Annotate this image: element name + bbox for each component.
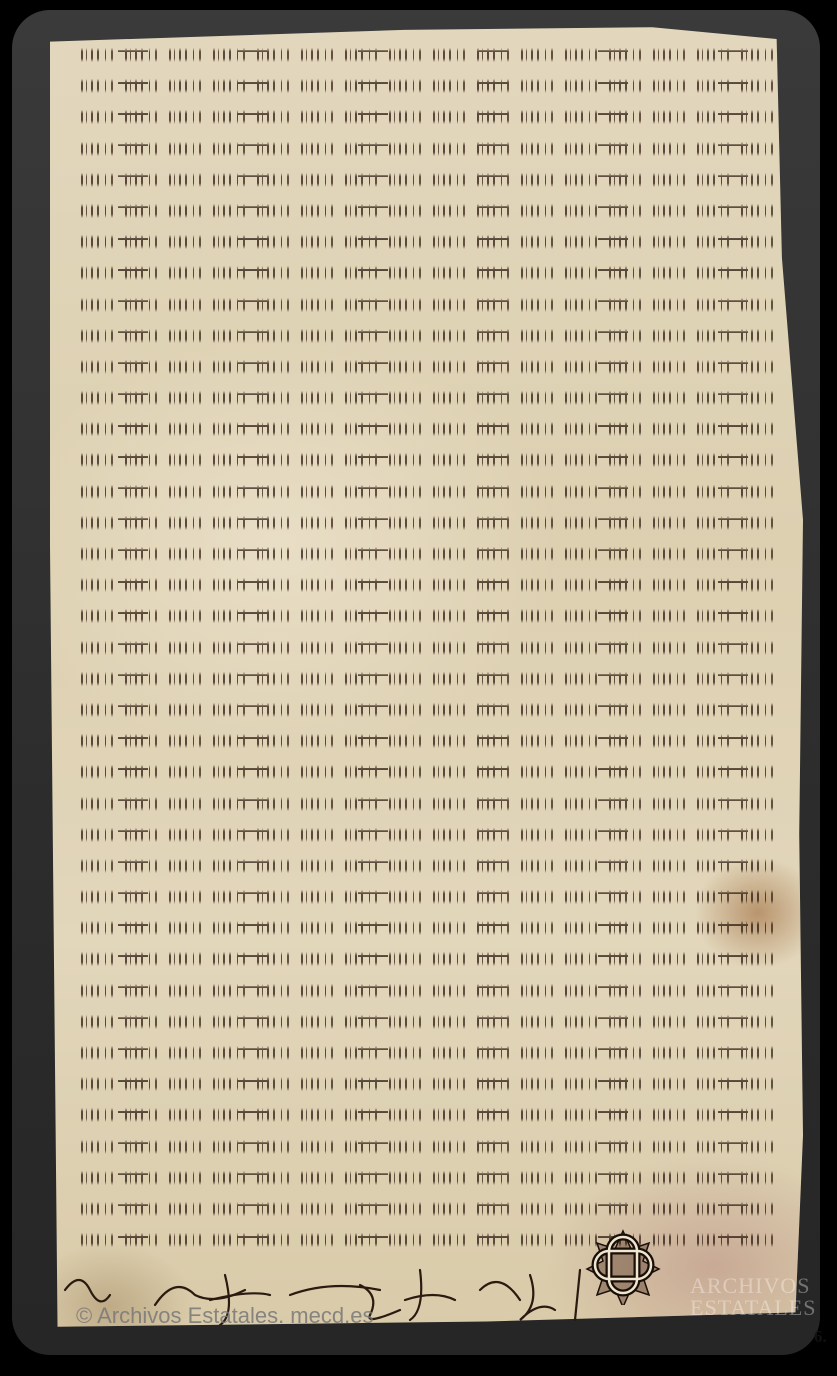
page-number: 6. [814,1327,827,1347]
text-line [78,477,779,503]
text-line [78,508,779,534]
text-line [78,383,779,409]
text-line [78,913,779,939]
archive-watermark: ARCHIVOS ESTATALES [690,1275,837,1319]
text-line [78,695,779,721]
copyright-notice: © Archivos Estatales. mecd.es [76,1303,373,1329]
text-line [78,976,779,1002]
text-line [78,726,779,752]
text-line [78,539,779,565]
text-line [78,1100,779,1126]
notarial-knot-seal-icon [583,1225,663,1305]
text-line [78,944,779,970]
text-line [78,789,779,815]
text-line [78,165,779,191]
text-line [78,820,779,846]
text-line [78,1132,779,1158]
text-line [78,258,779,284]
text-line [78,1007,779,1033]
text-line [78,414,779,440]
text-line [78,352,779,378]
text-line [78,445,779,471]
text-line [78,1163,779,1189]
text-line [78,851,779,877]
text-line [78,227,779,253]
manuscript-parchment [50,22,803,1332]
text-line [78,102,779,128]
text-line [78,1038,779,1064]
text-line [78,757,779,783]
text-line [78,1069,779,1095]
text-line [78,1225,779,1251]
text-line [78,882,779,908]
text-line [78,134,779,160]
text-line [78,1194,779,1220]
text-line [78,321,779,347]
text-line [78,71,779,97]
text-line [78,570,779,596]
text-line [78,601,779,627]
text-line [78,633,779,659]
handwritten-text-block [78,40,779,1256]
text-line [78,196,779,222]
text-line [78,664,779,690]
text-line [78,40,779,66]
text-line [78,290,779,316]
